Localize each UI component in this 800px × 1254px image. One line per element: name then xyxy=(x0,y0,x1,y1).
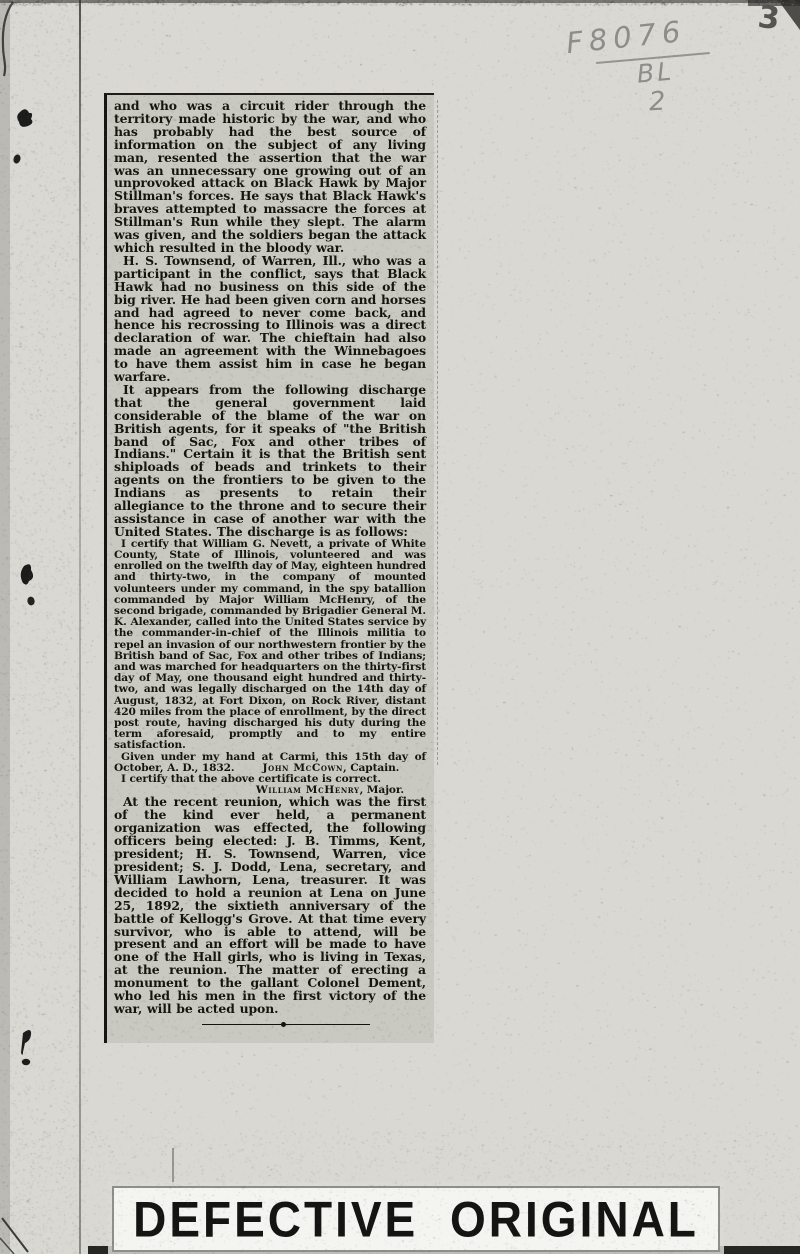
ink-blot xyxy=(17,109,32,127)
ink-squiggle xyxy=(21,1030,31,1055)
bottom-left-scratch xyxy=(0,1238,14,1254)
stamp-label: DEFECTIVE ORIGINAL xyxy=(133,1190,699,1248)
handwritten-number: 2 xyxy=(648,87,666,118)
ink-blot xyxy=(21,564,33,584)
top-left-hook-mark xyxy=(3,2,13,76)
ink-speck xyxy=(27,596,36,606)
bottom-left-scratch xyxy=(2,1218,28,1252)
scanned-page: F8076 BL 2 3 and who was a circuit rider… xyxy=(0,0,800,1254)
handwritten-letters: BL xyxy=(636,56,675,88)
defective-original-stamp: DEFECTIVE ORIGINAL xyxy=(112,1186,720,1252)
corner-page-number: 3 xyxy=(756,0,782,37)
ink-marks xyxy=(0,0,800,1254)
ink-speck xyxy=(22,1059,30,1065)
ink-speck xyxy=(12,154,21,165)
